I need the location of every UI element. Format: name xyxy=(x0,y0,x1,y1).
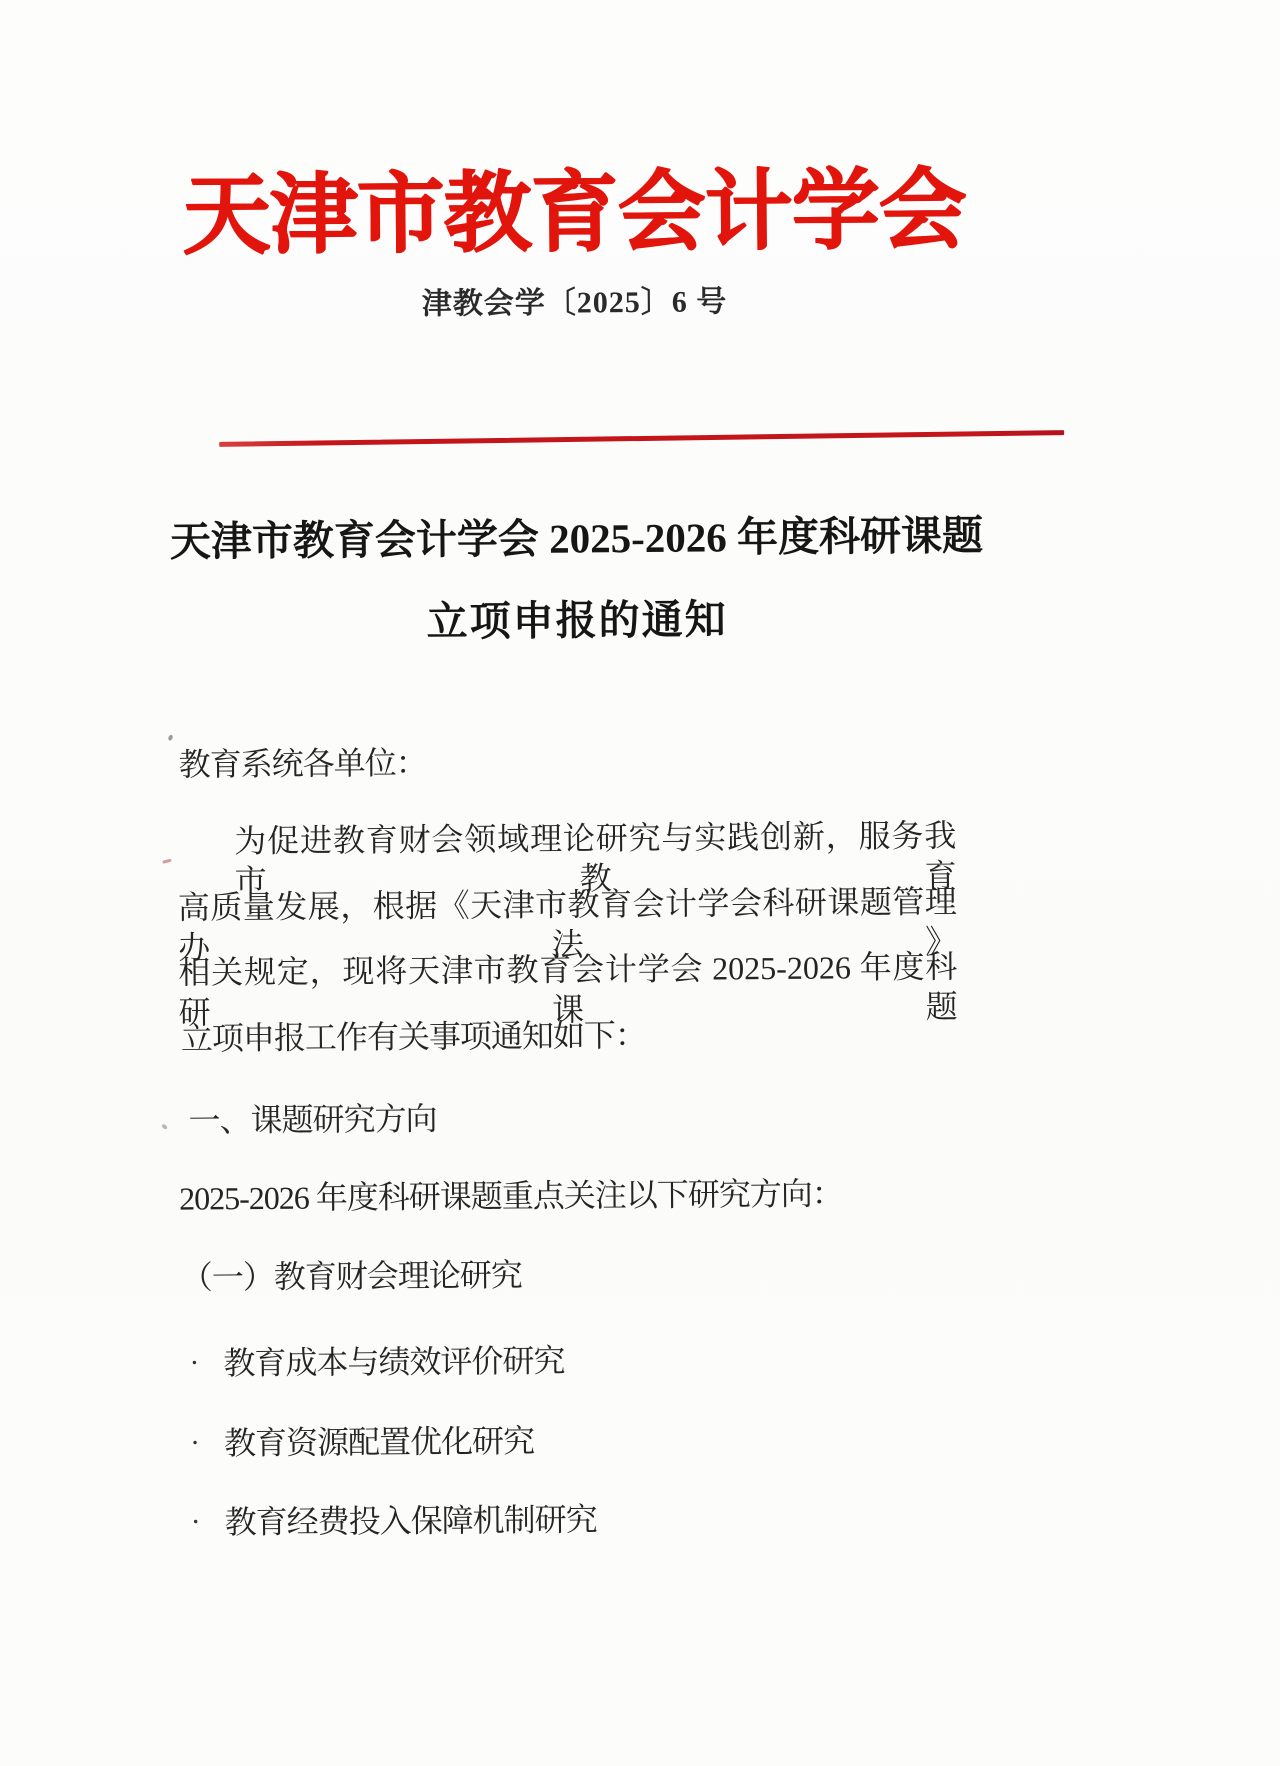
organization-name-header: 天津市教育会计学会 xyxy=(0,156,1152,273)
subsection1-heading: （一）教育财会理论研究 xyxy=(181,1255,522,1298)
document-number: 津教会学〔2025〕6 号 xyxy=(0,279,1152,328)
scan-speck xyxy=(162,859,171,864)
bullet-item-text: 教育成本与绩效评价研究 xyxy=(223,1341,564,1384)
notice-title-line1: 天津市教育会计学会 2025-2026 年度科研课题 xyxy=(0,508,1154,569)
bullet-item-text: 教育经费投入保障机制研究 xyxy=(225,1499,597,1542)
scanned-document-page: 天津市教育会计学会 津教会学〔2025〕6 号 天津市教育会计学会 2025-2… xyxy=(0,0,1280,1766)
red-divider-rule xyxy=(219,430,1064,447)
bullet-dot-icon: · xyxy=(191,1502,225,1542)
bullet-item: · 教育成本与绩效评价研究 xyxy=(189,1341,564,1384)
bullet-item: · 教育经费投入保障机制研究 xyxy=(191,1499,597,1542)
bullet-item-text: 教育资源配置优化研究 xyxy=(224,1421,534,1463)
salutation-line: 教育系统各单位： xyxy=(179,743,427,785)
bullet-dot-icon: · xyxy=(189,1343,223,1383)
paragraph1-line4: 立项申报工作有关事项通知如下： xyxy=(181,1015,646,1059)
bullet-item: · 教育资源配置优化研究 xyxy=(190,1421,534,1464)
document-content: 天津市教育会计学会 津教会学〔2025〕6 号 天津市教育会计学会 2025-2… xyxy=(0,0,1280,1766)
scan-speck xyxy=(167,734,173,741)
scan-speck xyxy=(161,1123,168,1130)
section1-intro: 2025-2026 年度科研课题重点关注以下研究方向： xyxy=(179,1173,843,1218)
bullet-dot-icon: · xyxy=(190,1423,224,1463)
section1-heading: 一、课题研究方向 xyxy=(188,1099,436,1141)
notice-title-line2: 立项申报的通知 xyxy=(0,590,1155,651)
